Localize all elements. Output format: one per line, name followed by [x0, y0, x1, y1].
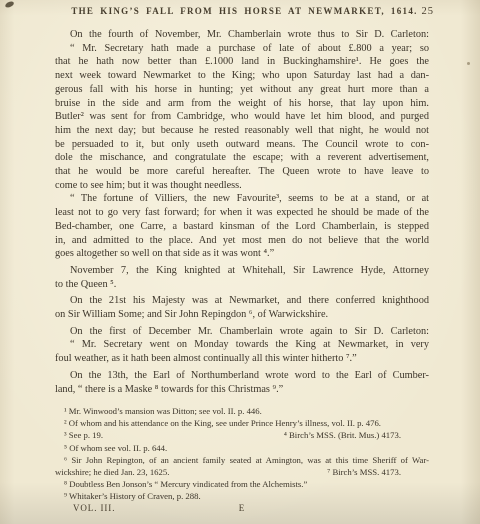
- text-line: Bed-chamber, one Carre, a bastard kinsma…: [55, 220, 429, 234]
- text-line: be persuaded to it, but only useth outwa…: [55, 138, 429, 152]
- text-line: on Sir William Some; and Sir John Reping…: [55, 308, 429, 322]
- text-line: bruise in the side and arm from the weig…: [55, 97, 429, 111]
- text-line: On the fourth of November, Mr. Chamberla…: [55, 28, 429, 42]
- text-line: November 7, the King knighted at Whiteha…: [55, 264, 429, 278]
- text-line: gerous fall with his horse in hunting; y…: [55, 83, 429, 97]
- paragraph: “ Mr. Secretary hath made a purchase of …: [55, 42, 429, 193]
- footnote-row: ¹ Mr. Winwood’s mansion was Ditton; see …: [55, 405, 429, 417]
- footnote-text: wickshire; he died Jan. 23, 1625.: [55, 466, 169, 478]
- running-head: THE KING’S FALL FROM HIS HORSE AT NEWMAR…: [55, 6, 434, 20]
- footnote-text: ³ See p. 19.: [55, 429, 103, 441]
- footnotes: ¹ Mr. Winwood’s mansion was Ditton; see …: [55, 405, 429, 503]
- footnote-ref-right: ⁴ Birch’s MSS. (Brit. Mus.) 4173.: [284, 429, 401, 441]
- text-line: dole the mischance, and congratulate the…: [55, 151, 429, 165]
- book-page: THE KING’S FALL FROM HIS HORSE AT NEWMAR…: [0, 0, 480, 524]
- footnote-text: ⁶ Sir John Repington, of an ancient fami…: [55, 454, 429, 466]
- footnote-row: ² Of whom and his attendance on the King…: [55, 417, 429, 429]
- footnote-row: ⁵ Of whom see vol. II. p. 644.: [55, 442, 429, 454]
- text-line: “ Mr. Secretary went on Monday towards t…: [55, 338, 429, 352]
- paragraph: On the fourth of November, Mr. Chamberla…: [55, 28, 429, 42]
- footnote-text: ⁹ Whitaker’s History of Craven, p. 288.: [55, 490, 201, 502]
- body-text: On the fourth of November, Mr. Chamberla…: [55, 28, 429, 396]
- ink-blot-mark: [4, 1, 14, 9]
- text-line: that he hath now better than £.1000 land…: [55, 55, 429, 69]
- footnote-text: ⁵ Of whom see vol. II. p. 644.: [55, 442, 167, 454]
- text-line: next week toward Newmarket to the King; …: [55, 69, 429, 83]
- text-line: least not to go very fast forward; for w…: [55, 206, 429, 220]
- paragraph: November 7, the King knighted at Whiteha…: [55, 264, 429, 291]
- paper-speck: [467, 62, 470, 65]
- text-line: that he would be more careful hereafter.…: [55, 165, 429, 179]
- footnote-row: ⁹ Whitaker’s History of Craven, p. 288.: [55, 490, 429, 502]
- text-line: land, “ there is a Maske ⁸ towards for t…: [55, 383, 429, 397]
- footer-line: VOL. III. E: [55, 503, 429, 516]
- paragraph: On the first of December Mr. Chamberlain…: [55, 325, 429, 339]
- text-line: to the Queen ⁵.: [55, 278, 429, 292]
- text-line: On the 21st his Majesty was at Newmarket…: [55, 294, 429, 308]
- text-line: goes altogether so well on that side as …: [55, 247, 429, 261]
- page-number: 25: [422, 6, 435, 17]
- footnote-text: ² Of whom and his attendance on the King…: [55, 417, 381, 429]
- text-line: On the 13th, the Earl of Northumberland …: [55, 369, 429, 383]
- paragraph: On the 13th, the Earl of Northumberland …: [55, 369, 429, 396]
- footnote-row: ⁸ Doubtless Ben Jonson’s “ Mercury vindi…: [55, 478, 429, 490]
- text-line: Butler² was sent for from Cambridge, who…: [55, 110, 429, 124]
- text-line: in, and admitted to the place. And yet m…: [55, 234, 429, 248]
- footnote-text: ⁸ Doubtless Ben Jonson’s “ Mercury vindi…: [55, 478, 307, 490]
- paragraph: “ Mr. Secretary went on Monday towards t…: [55, 338, 429, 365]
- footnote-text: ¹ Mr. Winwood’s mansion was Ditton; see …: [55, 405, 262, 417]
- footnote-row: ³ See p. 19. ⁴ Birch’s MSS. (Brit. Mus.)…: [55, 429, 429, 441]
- running-title: THE KING’S FALL FROM HIS HORSE AT NEWMAR…: [71, 6, 417, 16]
- footnote-row: wickshire; he died Jan. 23, 1625. ⁷ Birc…: [55, 466, 429, 478]
- text-line: “ The fortune of Villiers, the new Favou…: [55, 192, 429, 206]
- text-line: On the first of December Mr. Chamberlain…: [55, 325, 429, 339]
- text-line: “ Mr. Secretary hath made a purchase of …: [55, 42, 429, 56]
- footnote-row: ⁶ Sir John Repington, of an ancient fami…: [55, 454, 429, 466]
- signature-mark: E: [55, 503, 429, 513]
- paragraph: “ The fortune of Villiers, the new Favou…: [55, 192, 429, 261]
- paragraph: On the 21st his Majesty was at Newmarket…: [55, 294, 429, 321]
- text-line: foul weather, as it hath been almost con…: [55, 352, 429, 366]
- footnote-ref-right: ⁷ Birch’s MSS. 4173.: [327, 466, 401, 478]
- text-line: him the next day; but because he rested …: [55, 124, 429, 138]
- text-line: come to see him; but it was thought need…: [55, 179, 429, 193]
